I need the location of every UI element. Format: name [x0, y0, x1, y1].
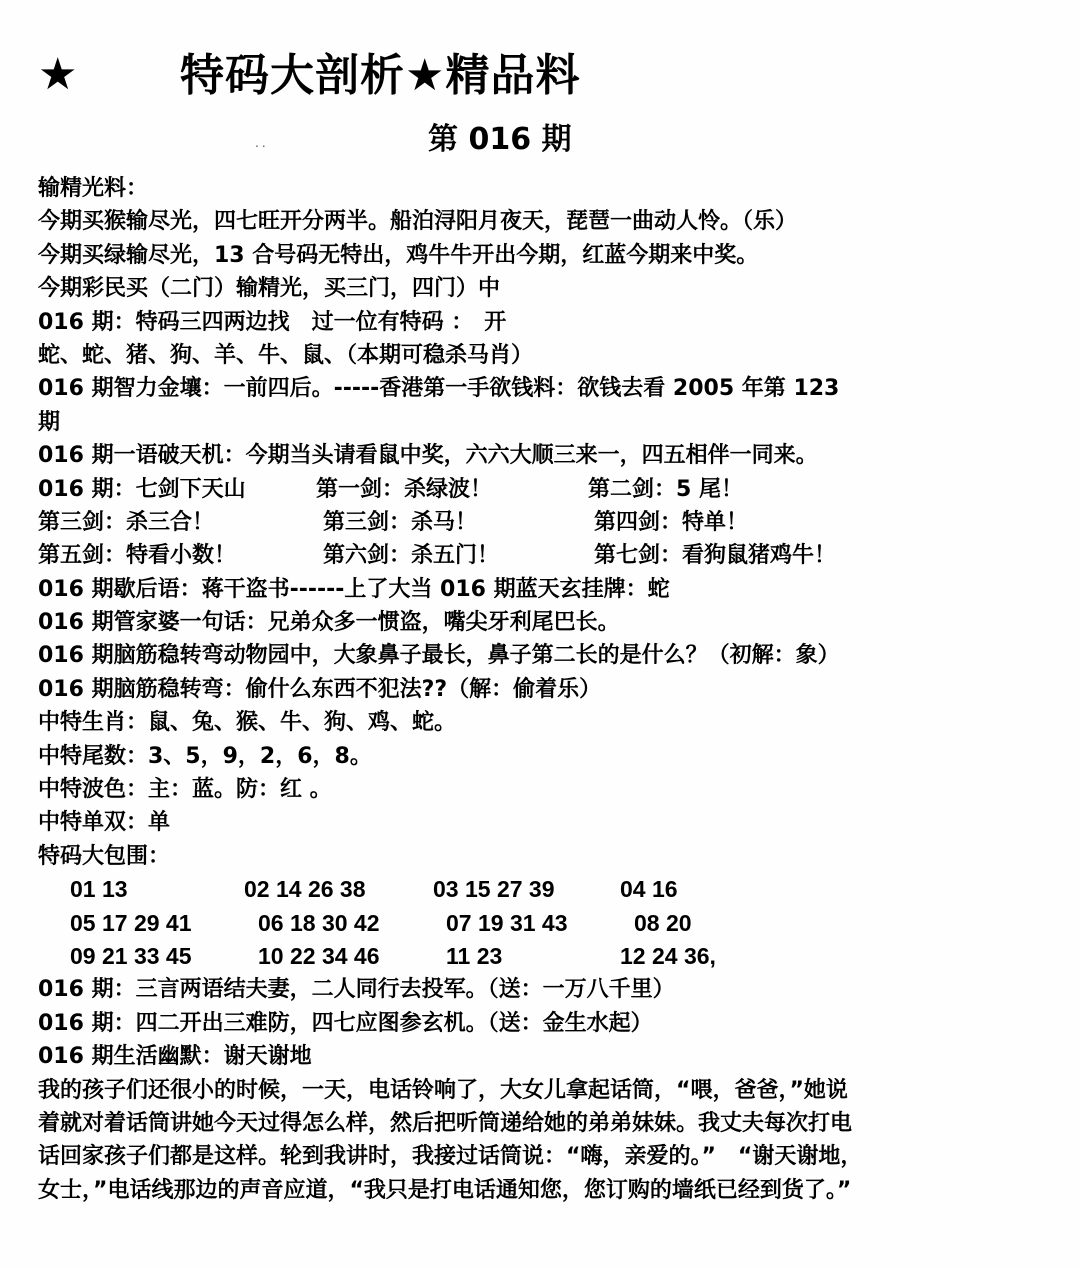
story-line: 着就对着话筒讲她今天过得怎么样，然后把听筒递给她的弟弟妹妹。我丈夫每次打电 [38, 1107, 1048, 1140]
swords-row: 第三剑：杀三合！ 第三剑：杀马！ 第四剑：特单！ [38, 506, 1048, 539]
text-line: 016 期脑筋稳转弯动物园中，大象鼻子最长，鼻子第二长的是什么？（初解：象） [38, 639, 1048, 672]
sword-item: 第五剑：特看小数！ [38, 539, 236, 572]
number-groups-row: 05 17 29 41 06 18 30 42 07 19 31 43 08 2… [38, 907, 1048, 940]
humor-story: 我的孩子们还很小的时候，一天，电话铃响了，大女儿拿起话筒，“喂，爸爸，”她说 着… [38, 1074, 1048, 1208]
swords-row: 016 期：七剑下天山 第一剑：杀绿波！ 第二剑：5 尾！ [38, 473, 1048, 506]
number-group: 05 17 29 41 [70, 907, 192, 940]
sword-item: 第三剑：杀马！ [323, 506, 477, 539]
number-group: 04 16 [620, 873, 678, 906]
special-odd-even: 中特单双：单 [38, 806, 1048, 839]
page-title: 特码大剖析★精品料 [180, 48, 580, 104]
number-group: 11 23 [446, 940, 502, 973]
number-groups-row: 01 13 02 14 26 38 03 15 27 39 04 16 [38, 873, 1048, 906]
number-group: 12 24 36, [620, 940, 716, 973]
sword-item: 第三剑：杀三合！ [38, 506, 214, 539]
article-body: 输精光料： 今期买猴输尽光，四七旺开分两半。船泊浔阳月夜天，琵琶一曲动人怜。（乐… [38, 172, 1048, 1207]
number-group: 06 18 30 42 [258, 907, 380, 940]
text-line: 016 期歇后语：蒋干盗书------上了大当 016 期蓝天玄挂牌：蛇 [38, 573, 1048, 606]
number-group: 09 21 33 45 [70, 940, 192, 973]
sword-item: 第二剑：5 尾！ [588, 473, 743, 506]
swords-row: 第五剑：特看小数！ 第六剑：杀五门！ 第七剑：看狗鼠猪鸡牛！ [38, 539, 1048, 572]
number-group: 08 20 [634, 907, 692, 940]
number-group: 03 15 27 39 [433, 873, 555, 906]
special-wave-color: 中特波色：主：蓝。防：红 。 [38, 773, 1048, 806]
story-line: 话回家孩子们都是这样。轮到我讲时，我接过话筒说：“嗨，亲爱的。” “谢天谢地， [38, 1140, 1048, 1173]
sword-item: 第七剑：看狗鼠猪鸡牛！ [594, 539, 836, 572]
text-line: 期 [38, 406, 1048, 439]
text-line: 016 期管家婆一句话：兄弟众多一惯盗，嘴尖牙利尾巴长。 [38, 606, 1048, 639]
special-tail-numbers: 中特尾数：3、5，9，2，6，8。 [38, 740, 1048, 773]
text-line: 今期买绿输尽光，13 合号码无特出，鸡牛牛开出今期，红蓝今期来中奖。 [38, 239, 1048, 272]
sword-item: 第一剑：杀绿波！ [316, 473, 492, 506]
text-line: 016 期：特码三四两边找 过一位有特码 ： 开 [38, 306, 1048, 339]
text-line: 016 期智力金壤：一前四后。-----香港第一手欲钱料：欲钱去看 2005 年… [38, 372, 1048, 405]
number-group: 01 13 [70, 873, 128, 906]
number-groups-heading: 特码大包围： [38, 840, 1048, 873]
sword-item: 016 期：七剑下天山 [38, 473, 246, 506]
sword-item: 第四剑：特单！ [594, 506, 748, 539]
text-line: 今期彩民买（二门）输精光，买三门，四门）中 [38, 272, 1048, 305]
text-line: 016 期脑筋稳转弯：偷什么东西不犯法??（解：偷着乐） [38, 673, 1048, 706]
text-line: 016 期：四二开出三难防，四七应图参玄机。（送：金生水起） [38, 1007, 1048, 1040]
section-heading-lose-all: 输精光料： [38, 172, 1048, 205]
number-group: 07 19 31 43 [446, 907, 568, 940]
issue-number: 第 016 期 [428, 120, 572, 160]
story-line: 我的孩子们还很小的时候，一天，电话铃响了，大女儿拿起话筒，“喂，爸爸，”她说 [38, 1074, 1048, 1107]
special-zodiac: 中特生肖：鼠、兔、猴、牛、狗、鸡、蛇。 [38, 706, 1048, 739]
document-page: ★ 特码大剖析★精品料 .. 第 016 期 输精光料： 今期买猴输尽光，四七旺… [0, 0, 1080, 1268]
sword-item: 第六剑：杀五门！ [323, 539, 499, 572]
zodiac-list: 蛇、蛇、猪、狗、羊、牛、鼠、（本期可稳杀马肖） [38, 339, 1048, 372]
star-icon: ★ [38, 50, 77, 100]
text-line: 016 期：三言两语结夫妻，二人同行去投军。（送：一万八千里） [38, 973, 1048, 1006]
decorative-dots: .. [255, 136, 269, 150]
text-line: 今期买猴输尽光，四七旺开分两半。船泊浔阳月夜天，琵琶一曲动人怜。（乐） [38, 205, 1048, 238]
number-group: 10 22 34 46 [258, 940, 380, 973]
number-group: 02 14 26 38 [244, 873, 366, 906]
number-groups-row: 09 21 33 45 10 22 34 46 11 23 12 24 36, [38, 940, 1048, 973]
text-line: 016 期一语破天机：今期当头请看鼠中奖，六六大顺三来一，四五相伴一同来。 [38, 439, 1048, 472]
humor-heading: 016 期生活幽默：谢天谢地 [38, 1040, 1048, 1073]
story-line: 女士，”电话线那边的声音应道，“我只是打电话通知您，您订购的墙纸已经到货了。” [38, 1174, 1048, 1207]
